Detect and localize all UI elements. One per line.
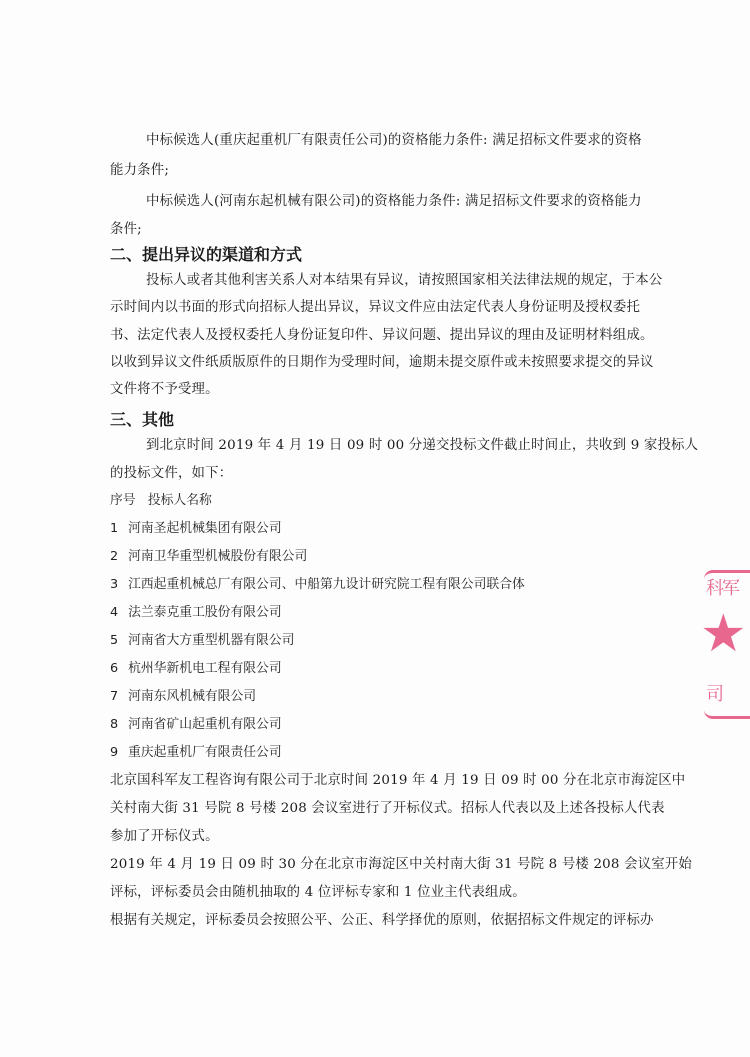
bidder-no: 6	[110, 660, 124, 678]
evaluation-line: 2019 年 4 月 19 日 09 时 30 分在北京市海淀区中关村南大街 3…	[110, 856, 692, 874]
bidder-name: 法兰泰克重工股份有限公司	[128, 605, 282, 620]
bidder-no: 9	[110, 744, 124, 762]
bidder-list-item: 5 河南省大方重型机器有限公司	[110, 632, 294, 650]
bidder-name: 重庆起重机厂有限责任公司	[128, 745, 282, 760]
candidate2-qualification-line2: 条件;	[110, 221, 142, 239]
bidder-no: 8	[110, 716, 124, 734]
document-page: 中标候选人(重庆起重机厂有限责任公司)的资格能力条件: 满足招标文件要求的资格 …	[0, 0, 750, 1057]
bidder-list-item: 6 杭州华新机电工程有限公司	[110, 660, 282, 678]
section2-line: 投标人或者其他利害关系人对本结果有异议，请按照国家相关法律法规的规定，于本公	[146, 272, 662, 290]
section2-line: 以收到异议文件纸质版原件的日期作为受理时间，逾期未提交原件或未按照要求提交的异议	[110, 354, 654, 372]
section3-intro-line1: 到北京时间 2019 年 4 月 19 日 09 时 00 分递交投标文件截止时…	[146, 437, 698, 455]
bidder-name: 江西起重机械总厂有限公司、中船第九设计研究院工程有限公司联合体	[128, 577, 525, 592]
rules-line: 根据有关规定，评标委员会按照公平、公正、科学择优的原则，依据招标文件规定的评标办	[110, 912, 654, 930]
section2-line: 文件将不予受理。	[110, 381, 219, 399]
section2-heading: 二、提出异议的渠道和方式	[110, 245, 302, 265]
bidder-list-item: 9 重庆起重机厂有限责任公司	[110, 744, 282, 762]
list-header-no: 序号	[110, 493, 136, 508]
list-header-name: 投标人名称	[148, 493, 212, 508]
bidder-list-item: 2 河南卫华重型机械股份有限公司	[110, 548, 307, 566]
bidder-no: 3	[110, 576, 124, 594]
bidder-no: 7	[110, 688, 124, 706]
bidder-no: 4	[110, 604, 124, 622]
seal-text-top: 科军	[706, 574, 738, 600]
seal-arc-bottom	[704, 710, 750, 719]
bidder-name: 河南卫华重型机械股份有限公司	[128, 549, 307, 564]
section3-heading: 三、其他	[110, 410, 174, 430]
bidder-name: 河南省大方重型机器有限公司	[128, 633, 294, 648]
bidder-list-item: 3 江西起重机械总厂有限公司、中船第九设计研究院工程有限公司联合体	[110, 576, 525, 594]
opening-line: 北京国科军友工程咨询有限公司于北京时间 2019 年 4 月 19 日 09 时…	[110, 772, 685, 790]
evaluation-line: 评标，评标委员会由随机抽取的 4 位评标专家和 1 位业主代表组成。	[110, 884, 526, 902]
bidder-list-item: 8 河南省矿山起重机有限公司	[110, 716, 282, 734]
section3-intro-line2: 的投标文件，如下：	[110, 465, 232, 483]
candidate1-qualification-line1: 中标候选人(重庆起重机厂有限责任公司)的资格能力条件: 满足招标文件要求的资格	[146, 132, 642, 150]
bidder-no: 1	[110, 520, 124, 538]
bidder-name: 河南圣起机械集团有限公司	[128, 521, 282, 536]
bidder-list-item: 7 河南东风机械有限公司	[110, 688, 256, 706]
candidate2-qualification-line1: 中标候选人(河南东起机械有限公司)的资格能力条件: 满足招标文件要求的资格能力	[146, 193, 642, 211]
bidder-no: 2	[110, 548, 124, 566]
opening-line: 参加了开标仪式。	[110, 828, 219, 846]
bidder-no: 5	[110, 632, 124, 650]
bidder-list-item: 1 河南圣起机械集团有限公司	[110, 520, 282, 538]
seal-star-icon: ★	[700, 608, 747, 660]
bidder-name: 河南东风机械有限公司	[128, 689, 256, 704]
candidate1-qualification-line2: 能力条件;	[110, 162, 169, 180]
bidder-list-item: 4 法兰泰克重工股份有限公司	[110, 604, 282, 622]
section2-line: 示时间内以书面的形式向招标人提出异议，异议文件应由法定代表人身份证明及授权委托	[110, 299, 640, 317]
bidder-name: 河南省矿山起重机有限公司	[128, 717, 282, 732]
bidder-name: 杭州华新机电工程有限公司	[128, 661, 282, 676]
opening-line: 关村南大街 31 号院 8 号楼 208 会议室进行了开标仪式。招标人代表以及上…	[110, 800, 665, 818]
official-seal: 科军 ★ 司	[700, 560, 750, 720]
section2-line: 书、法定代表人及授权委托人身份证复印件、异议问题、提出异议的理由及证明材料组成。	[110, 327, 654, 345]
bidder-list-header: 序号 投标人名称	[110, 492, 212, 510]
seal-text-bottom: 司	[706, 680, 722, 706]
